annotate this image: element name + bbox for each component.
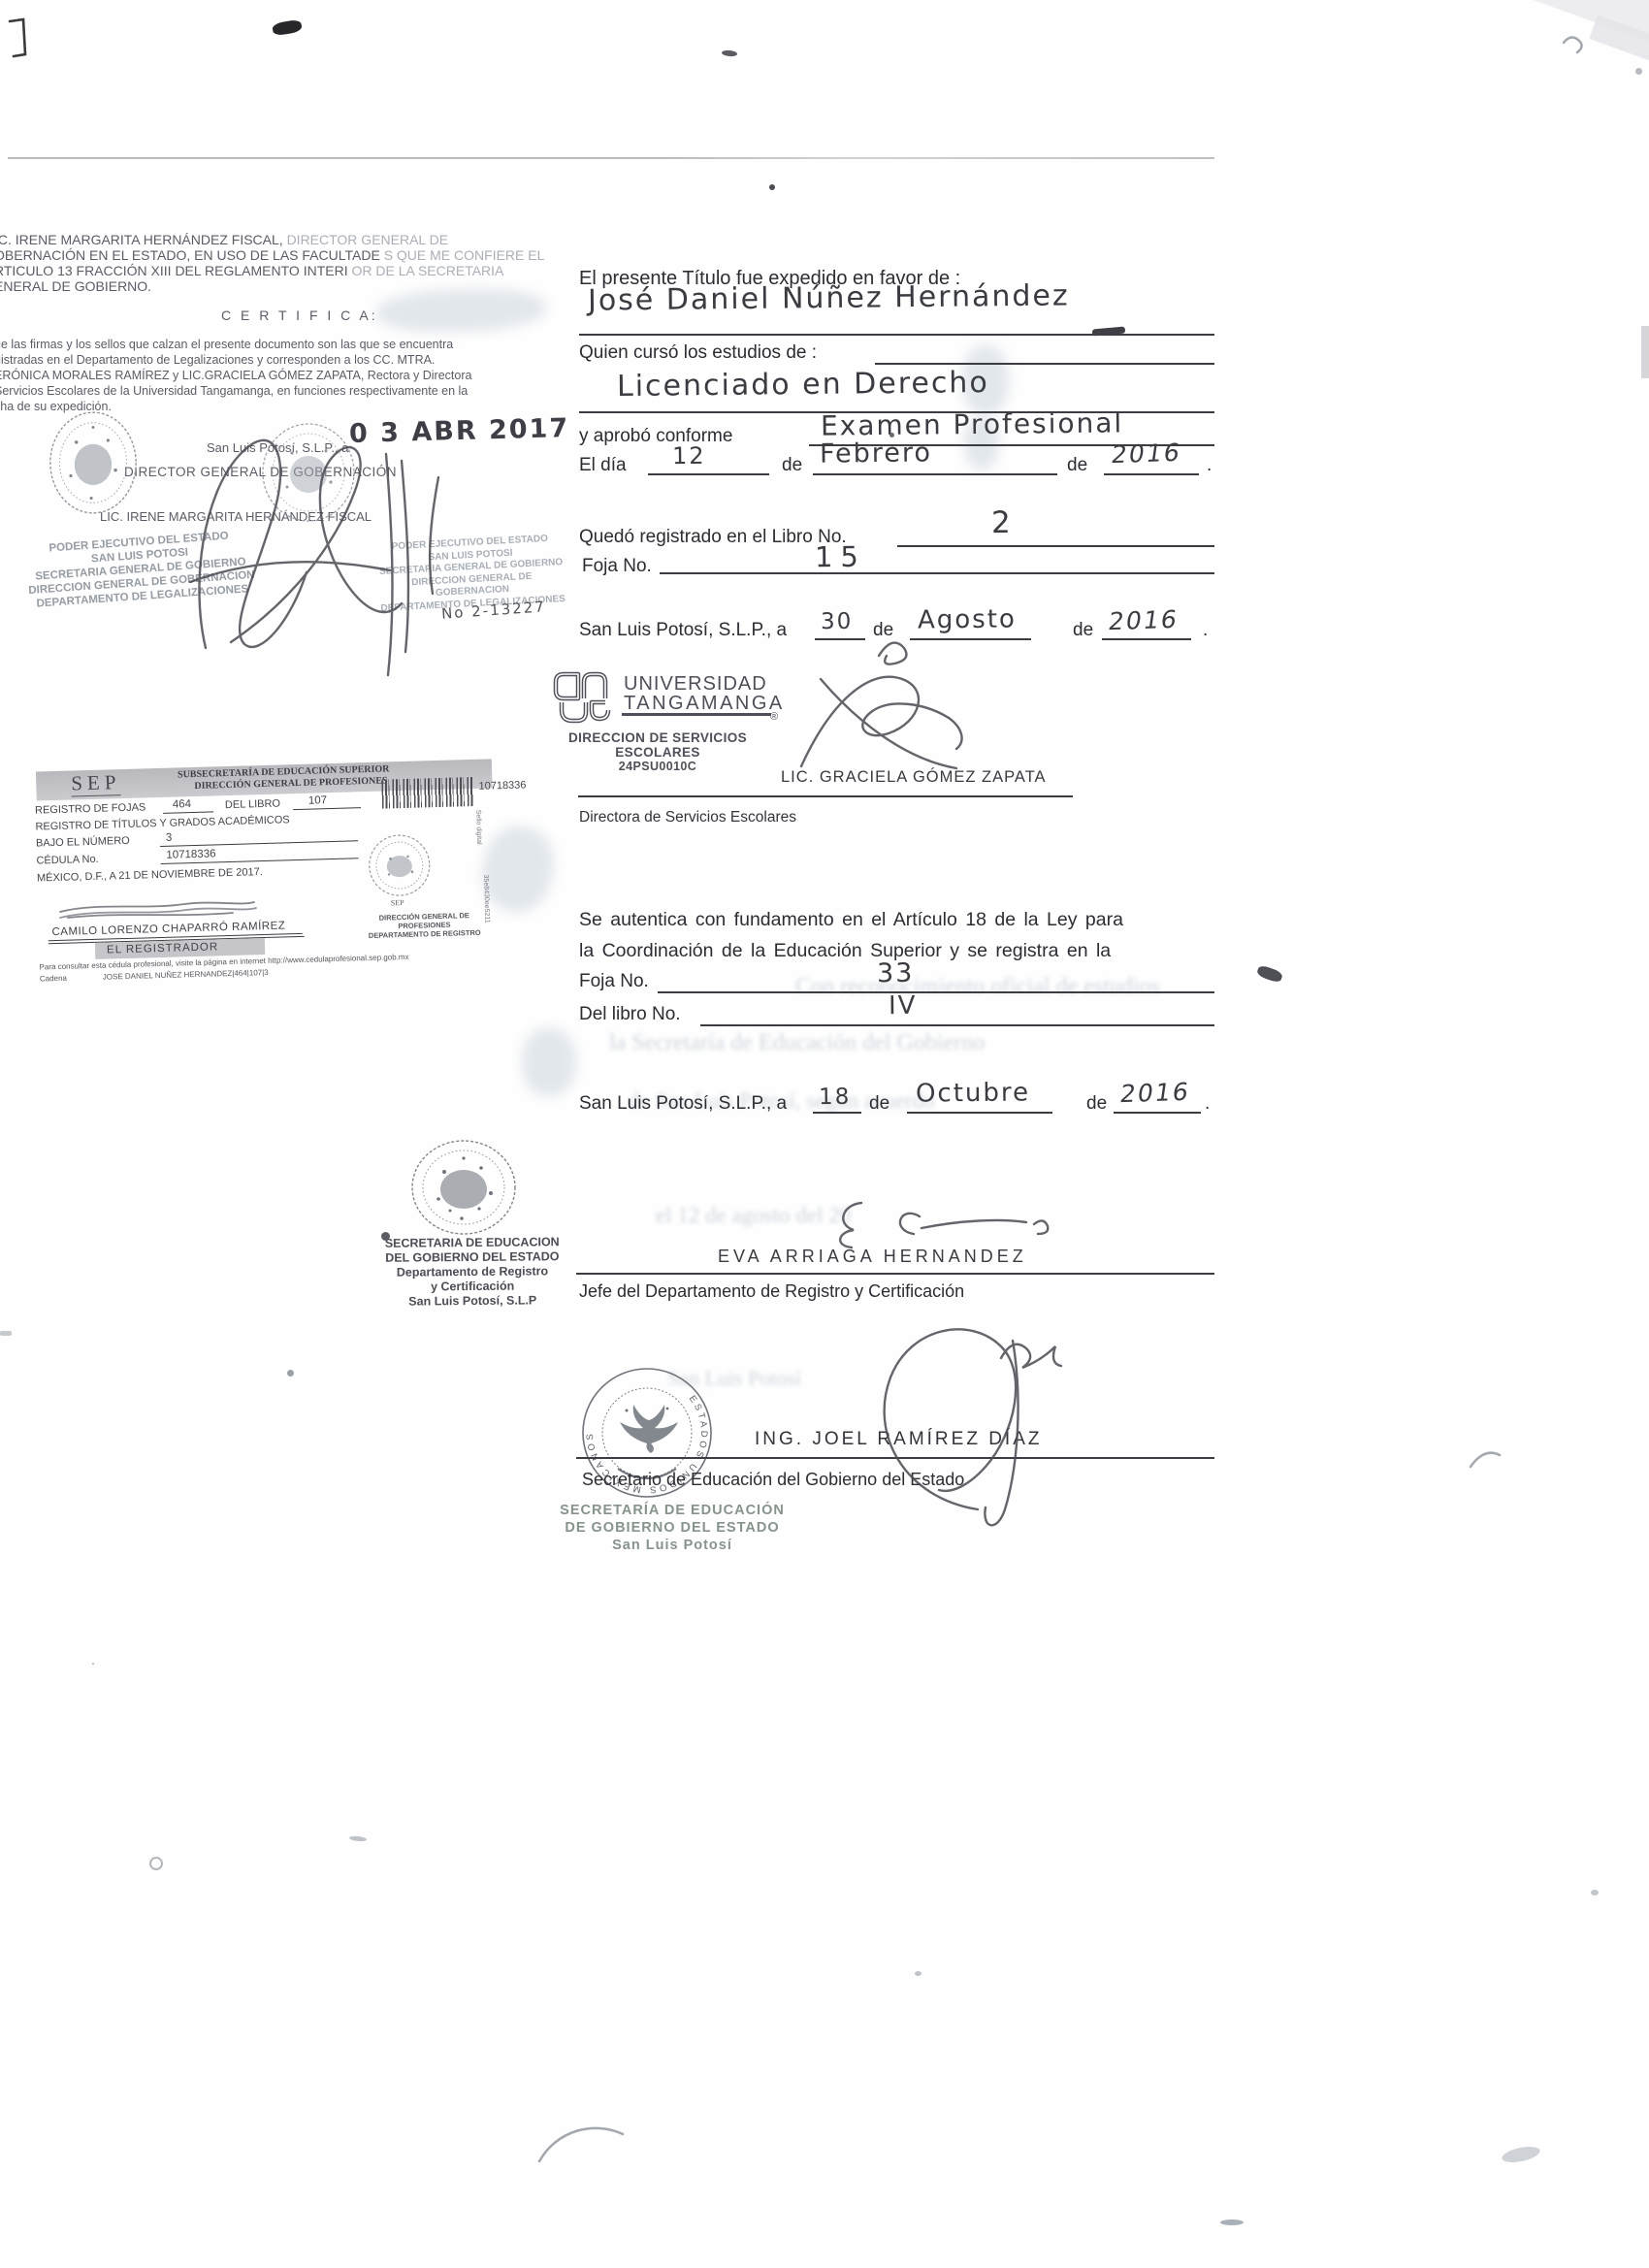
smudge [915,1971,921,1976]
edge-notch [1641,326,1649,378]
ink-dot [769,184,775,190]
edge-dot [1635,68,1642,75]
ink-dot [889,433,894,437]
ink-dot [381,1232,390,1241]
ink-dot [287,1370,294,1377]
edge-ring [149,1857,163,1870]
scanned-title-back-page: Con reconocimiento oficial de estudios l… [0,0,1649,2268]
smudge [1220,2219,1244,2225]
signatures-overlay [0,0,1649,2268]
edge-mark [0,1331,12,1336]
edge-mark [1591,1890,1599,1895]
